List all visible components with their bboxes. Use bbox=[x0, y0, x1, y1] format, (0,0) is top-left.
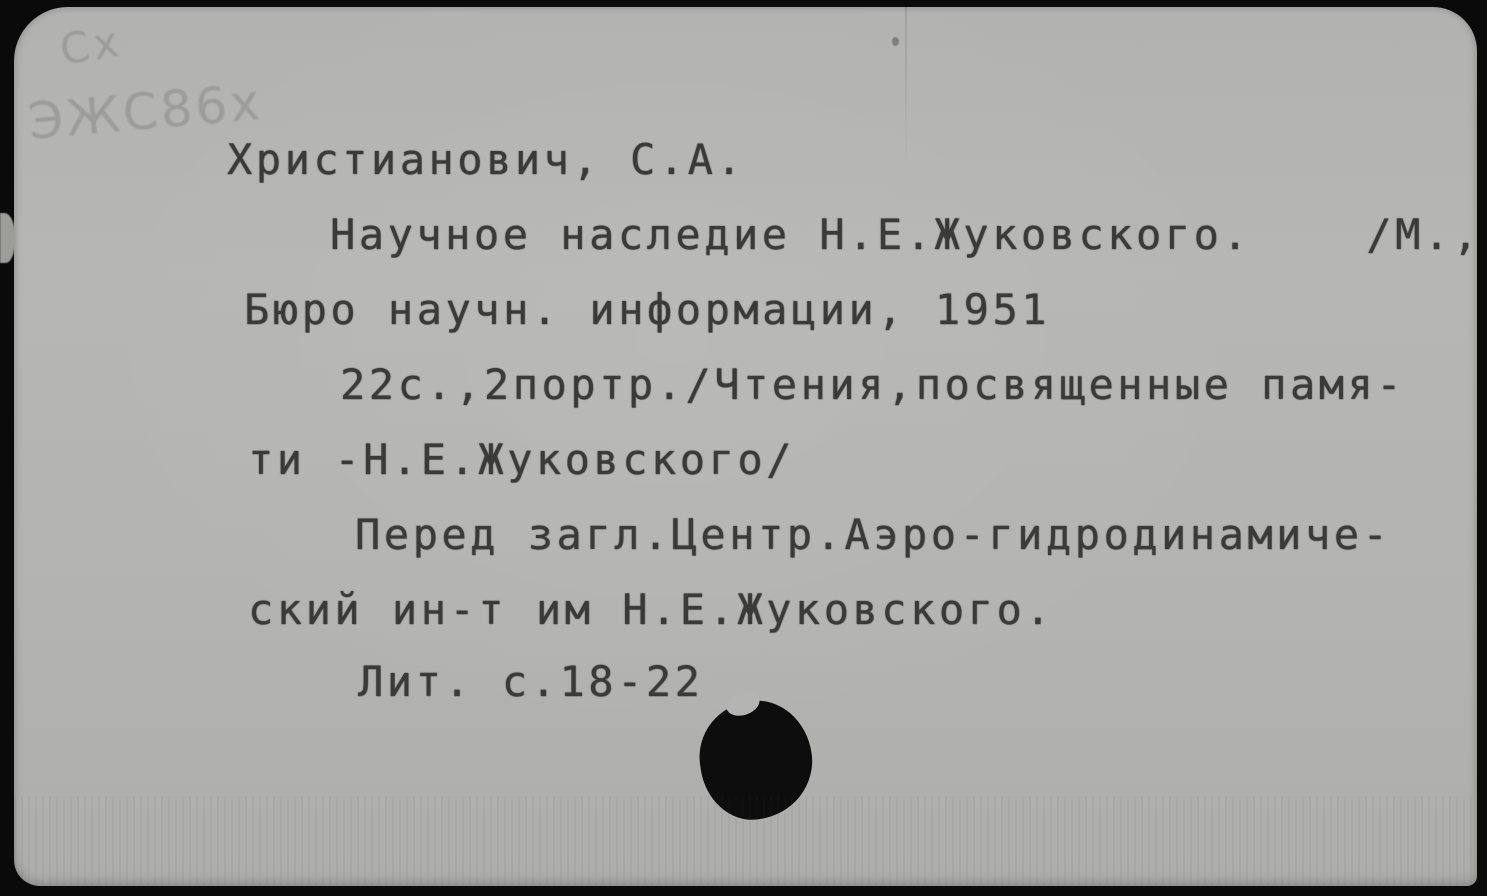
dust-speck bbox=[892, 37, 899, 46]
card-line-note-end: ский ин-т им Н.Е.Жуковского. bbox=[248, 585, 1054, 634]
card-line-literature: Лит. с.18-22 bbox=[358, 657, 703, 706]
card-line-title: Научное наследие Н.Е.Жуковского. /М., bbox=[330, 210, 1477, 259]
card-line-series-end: ти -Н.Е.Жуковского/ bbox=[248, 435, 795, 484]
scanner-background: Сх ЭЖС86х Христианович, С.А. Научное нас… bbox=[0, 0, 1487, 896]
card-line-author: Христианович, С.А. bbox=[227, 135, 745, 184]
ink-dot bbox=[692, 694, 819, 826]
card-line-collation: 22с.,2портр./Чтения,посвященные памя- bbox=[340, 360, 1405, 409]
catalog-card: Сх ЭЖС86х Христианович, С.А. Научное нас… bbox=[14, 7, 1477, 886]
card-crease bbox=[905, 7, 907, 167]
card-line-publisher: Бюро научн. информации, 1951 bbox=[244, 285, 1050, 334]
card-line-note: Перед загл.Центр.Аэро-гидродинамиче- bbox=[355, 510, 1391, 559]
handwritten-mark: Сх bbox=[57, 16, 126, 74]
left-edge-blob bbox=[0, 213, 15, 263]
